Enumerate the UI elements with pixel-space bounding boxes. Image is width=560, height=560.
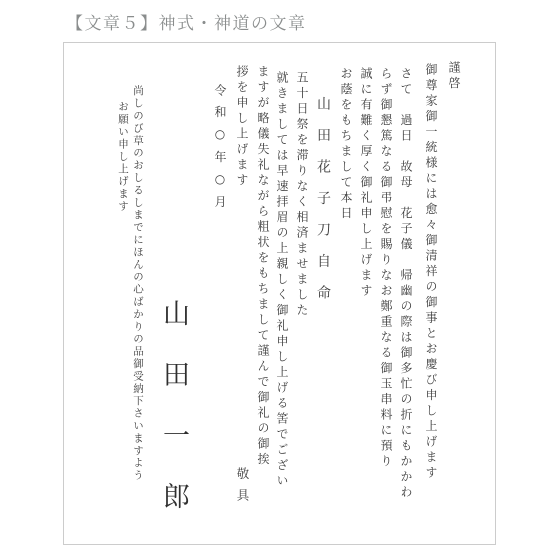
letter-line: 御尊家御一統様には愈々御清祥の御事とお慶び申し上げます xyxy=(423,63,439,482)
page: { "header": { "title": "【文章５】神式・神道の文章" }… xyxy=(0,0,560,560)
postscript-line: 尚しのび草のおしるしまでにほんの心ばかりの品御受納下さいますよう xyxy=(131,85,144,482)
letter-opening: 謹啓 xyxy=(446,61,462,92)
letter-line: 就きましては早速拝眉の上親しく御礼申し上げる筈でござい xyxy=(274,71,290,490)
letter-closing: 敬具 xyxy=(234,467,250,510)
letter-line: お蔭をもちまして本日 xyxy=(338,67,354,222)
deceased-name: 山田花子刀自命 xyxy=(313,96,333,317)
letter-date: 令和○年○月 xyxy=(211,84,229,217)
postscript-line: お願い申し上げます xyxy=(116,101,129,213)
letter-line: さて 過日 故母 花子儀 帰幽の際は御多忙の折にもかかわ xyxy=(398,67,414,501)
section-title: 【文章５】神式・神道の文章 xyxy=(66,9,307,34)
letter-line: 五十日祭を滞りなく相済ませました xyxy=(294,71,310,319)
sender-name: 山田一郎 xyxy=(157,299,189,543)
letter-line: 拶を申し上げます xyxy=(234,65,250,189)
letter-line: らず御懇篤なる御弔慰を賜りなお鄭重なる御玉串料に預り xyxy=(378,67,394,470)
letter-line: ますが略儀失礼ながら粗状をもちまして謹んで御礼の御挨 xyxy=(255,65,271,468)
letter-line: 誠に有難く厚く御礼申し上げます xyxy=(358,67,374,300)
letter-preview-card: 謹啓 御尊家御一統様には愈々御清祥の御事とお慶び申し上げます さて 過日 故母 … xyxy=(63,42,496,545)
